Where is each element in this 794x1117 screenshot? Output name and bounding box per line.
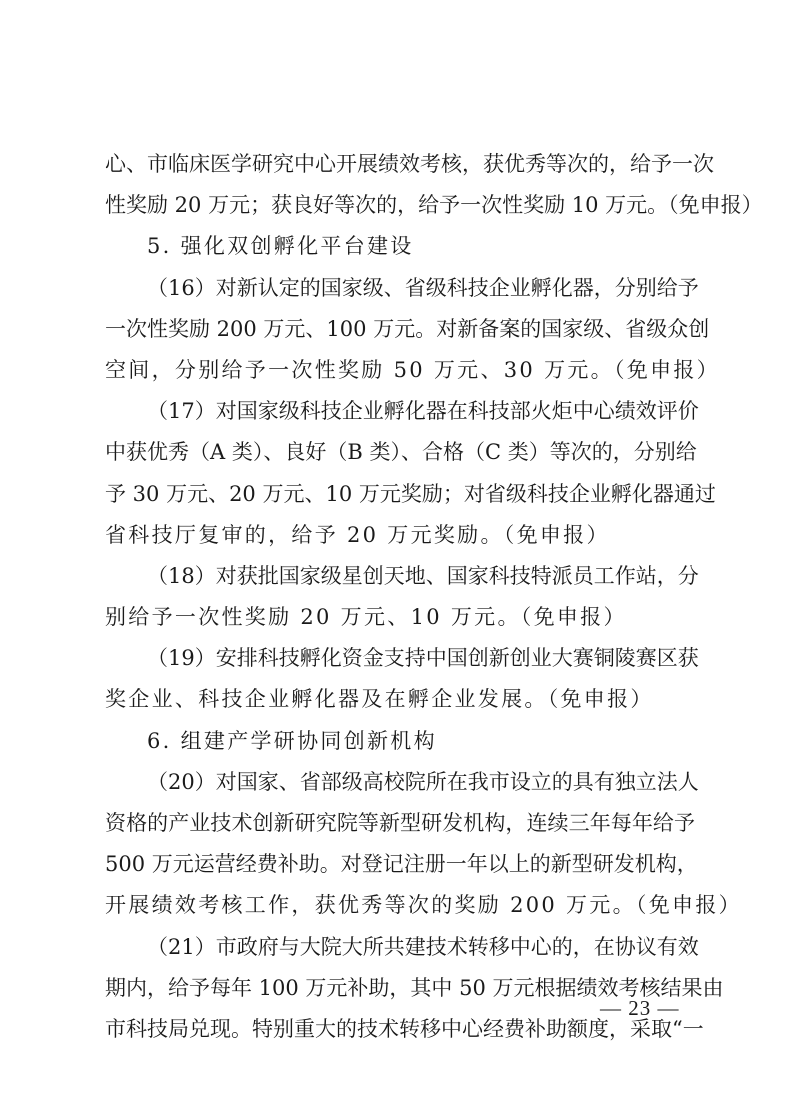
paragraph-line: 性奖励 20 万元；获良好等次的，给予一次性奖励 10 万元。（免申报） — [105, 185, 695, 226]
paragraph-line: 心、市临床医学研究中心开展绩效考核，获优秀等次的，给予一次 — [105, 144, 695, 185]
paragraph-line: （18）对获批国家级星创天地、国家科技特派员工作站，分 — [105, 556, 695, 597]
page-number: — 23 — — [600, 996, 680, 1021]
paragraph-line: （19）安排科技孵化资金支持中国创新创业大赛铜陵赛区获 — [105, 638, 695, 679]
section-heading: 5. 强化双创孵化平台建设 — [105, 226, 695, 267]
paragraph-line: 开展绩效考核工作，获优秀等次的奖励 200 万元。（免申报） — [105, 885, 695, 926]
paragraph-line: 中获优秀（A 类）、良好（B 类）、合格（C 类）等次的，分别给 — [105, 432, 695, 473]
section-heading: 6. 组建产学研协同创新机构 — [105, 721, 695, 762]
paragraph-line: 500 万元运营经费补助。对登记注册一年以上的新型研发机构， — [105, 844, 695, 885]
document-page: 心、市临床医学研究中心开展绩效考核，获优秀等次的，给予一次 性奖励 20 万元；… — [0, 0, 794, 1117]
paragraph-line: 奖企业、科技企业孵化器及在孵企业发展。（免申报） — [105, 679, 695, 720]
paragraph-line: 予 30 万元、20 万元、10 万元奖励；对省级科技企业孵化器通过 — [105, 474, 695, 515]
paragraph-line: 空间，分别给予一次性奖励 50 万元、30 万元。（免申报） — [105, 350, 695, 391]
paragraph-line: （17）对国家级科技企业孵化器在科技部火炬中心绩效评价 — [105, 391, 695, 432]
paragraph-line: （21）市政府与大院大所共建技术转移中心的，在协议有效 — [105, 927, 695, 968]
paragraph-line: 省科技厅复审的，给予 20 万元奖励。（免申报） — [105, 515, 695, 556]
paragraph-line: 别给予一次性奖励 20 万元、10 万元。（免申报） — [105, 597, 695, 638]
paragraph-line: （16）对新认定的国家级、省级科技企业孵化器，分别给予 — [105, 268, 695, 309]
paragraph-line: 一次性奖励 200 万元、100 万元。对新备案的国家级、省级众创 — [105, 309, 695, 350]
paragraph-line: （20）对国家、省部级高校院所在我市设立的具有独立法人 — [105, 762, 695, 803]
paragraph-line: 资格的产业技术创新研究院等新型研发机构，连续三年每年给予 — [105, 803, 695, 844]
body-text: 心、市临床医学研究中心开展绩效考核，获优秀等次的，给予一次 性奖励 20 万元；… — [105, 144, 695, 1050]
